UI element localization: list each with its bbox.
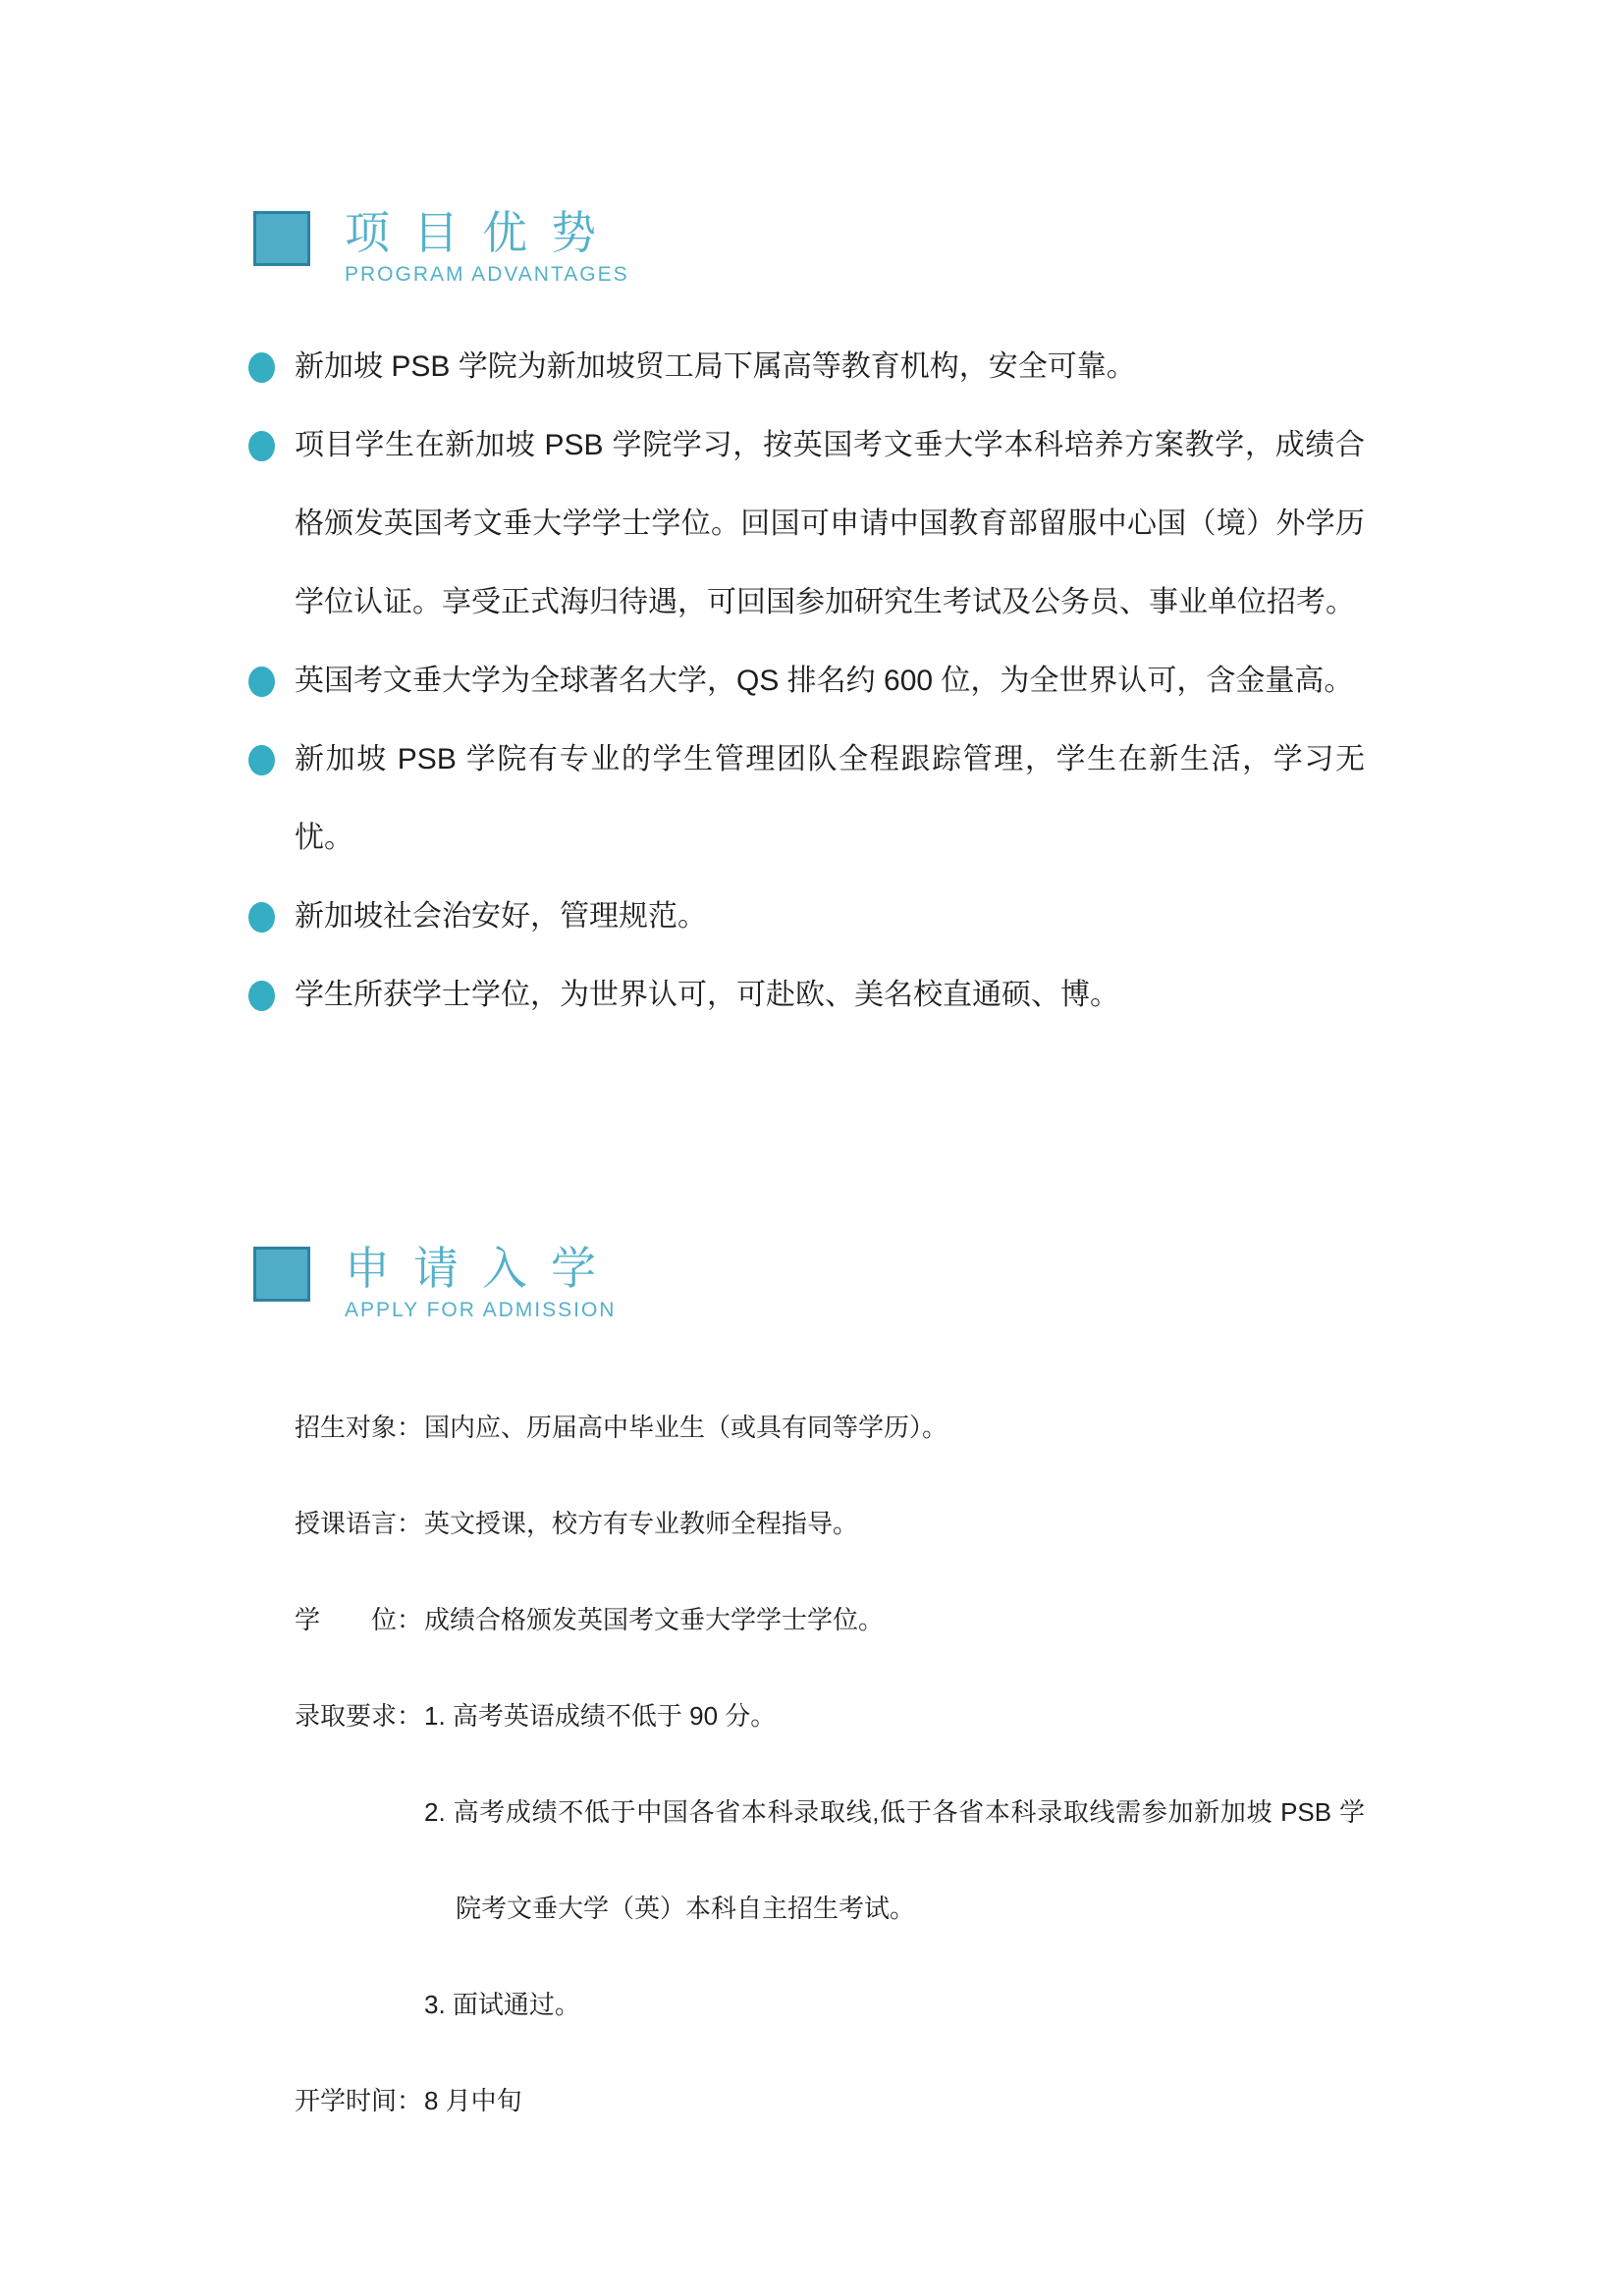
section-header: 项目优势 PROGRAM ADVANTAGES <box>253 207 1624 287</box>
requirements-list: 1. 高考英语成绩不低于 90 分。 2. 高考成绩不低于中国各省本科录取线,低… <box>424 1668 1365 2053</box>
bullet-icon <box>248 902 275 933</box>
apply-admission-section: 申请入学 APPLY FOR ADMISSION 招生对象： 国内应、历届高中毕… <box>0 1243 1624 2149</box>
advantage-item: 项目学生在新加坡 PSB 学院学习，按英国考文垂大学本科培养方案教学，成绩合格颁… <box>248 406 1365 642</box>
section-header: 申请入学 APPLY FOR ADMISSION <box>253 1243 1624 1322</box>
advantage-text: 新加坡社会治安好，管理规范。 <box>295 878 1365 956</box>
program-advantages-section: 项目优势 PROGRAM ADVANTAGES 新加坡 PSB 学院为新加坡贸工… <box>0 207 1624 1035</box>
section-title: 项目优势 <box>345 207 629 258</box>
section-subtitle: APPLY FOR ADMISSION <box>345 1299 620 1322</box>
admission-details: 招生对象： 国内应、历届高中毕业生（或具有同等学历）。 授课语言： 英文授课，校… <box>295 1379 1365 2149</box>
section-titles: 申请入学 APPLY FOR ADMISSION <box>345 1243 620 1322</box>
section-titles: 项目优势 PROGRAM ADVANTAGES <box>345 207 629 287</box>
document-page: 项目优势 PROGRAM ADVANTAGES 新加坡 PSB 学院为新加坡贸工… <box>0 0 1624 2296</box>
admission-label: 授课语言： <box>295 1475 424 1572</box>
admission-label: 学 位： <box>295 1572 424 1668</box>
requirement-item: 3. 面试通过。 <box>424 1956 1365 2053</box>
advantage-item: 英国考文垂大学为全球著名大学，QS 排名约 600 位，为全世界认可，含金量高。 <box>248 642 1365 721</box>
advantage-text: 英国考文垂大学为全球著名大学，QS 排名约 600 位，为全世界认可，含金量高。 <box>295 642 1365 721</box>
bullet-icon <box>248 352 275 383</box>
bullet-icon <box>248 667 275 697</box>
admission-label: 招生对象： <box>295 1379 424 1475</box>
advantage-text: 新加坡 PSB 学院有专业的学生管理团队全程跟踪管理，学生在新生活，学习无忧。 <box>295 721 1365 878</box>
admission-row-requirements: 录取要求： 1. 高考英语成绩不低于 90 分。 2. 高考成绩不低于中国各省本… <box>295 1668 1365 2053</box>
advantage-item: 新加坡社会治安好，管理规范。 <box>248 878 1365 956</box>
admission-value: 英文授课，校方有专业教师全程指导。 <box>424 1475 1365 1572</box>
advantage-text: 学生所获学士学位，为世界认可，可赴欧、美名校直通硕、博。 <box>295 956 1365 1035</box>
bullet-icon <box>248 981 275 1011</box>
admission-value: 国内应、历届高中毕业生（或具有同等学历）。 <box>424 1379 1365 1475</box>
bullet-icon <box>248 431 275 461</box>
admission-row-language: 授课语言： 英文授课，校方有专业教师全程指导。 <box>295 1475 1365 1572</box>
advantage-item: 新加坡 PSB 学院为新加坡贸工局下属高等教育机构，安全可靠。 <box>248 328 1365 406</box>
section-marker-square-icon <box>253 211 310 266</box>
admission-row-start-date: 开学时间： 8 月中旬 <box>295 2053 1365 2149</box>
advantage-text: 新加坡 PSB 学院为新加坡贸工局下属高等教育机构，安全可靠。 <box>295 328 1365 406</box>
bullet-icon <box>248 745 275 775</box>
requirement-item: 1. 高考英语成绩不低于 90 分。 <box>424 1668 1365 1764</box>
admission-value: 成绩合格颁发英国考文垂大学学士学位。 <box>424 1572 1365 1668</box>
admission-value: 8 月中旬 <box>424 2053 1365 2149</box>
admission-label: 开学时间： <box>295 2053 424 2149</box>
admission-row-degree: 学 位： 成绩合格颁发英国考文垂大学学士学位。 <box>295 1572 1365 1668</box>
section-marker-square-icon <box>253 1247 310 1302</box>
section-subtitle: PROGRAM ADVANTAGES <box>345 263 629 287</box>
requirement-item: 2. 高考成绩不低于中国各省本科录取线,低于各省本科录取线需参加新加坡 PSB … <box>424 1764 1365 1956</box>
advantage-item: 学生所获学士学位，为世界认可，可赴欧、美名校直通硕、博。 <box>248 956 1365 1035</box>
advantage-item: 新加坡 PSB 学院有专业的学生管理团队全程跟踪管理，学生在新生活，学习无忧。 <box>248 721 1365 878</box>
advantages-list: 新加坡 PSB 学院为新加坡贸工局下属高等教育机构，安全可靠。 项目学生在新加坡… <box>248 328 1365 1035</box>
section-title: 申请入学 <box>345 1243 620 1294</box>
admission-row-target: 招生对象： 国内应、历届高中毕业生（或具有同等学历）。 <box>295 1379 1365 1475</box>
advantage-text: 项目学生在新加坡 PSB 学院学习，按英国考文垂大学本科培养方案教学，成绩合格颁… <box>295 406 1365 642</box>
admission-label: 录取要求： <box>295 1668 424 1764</box>
